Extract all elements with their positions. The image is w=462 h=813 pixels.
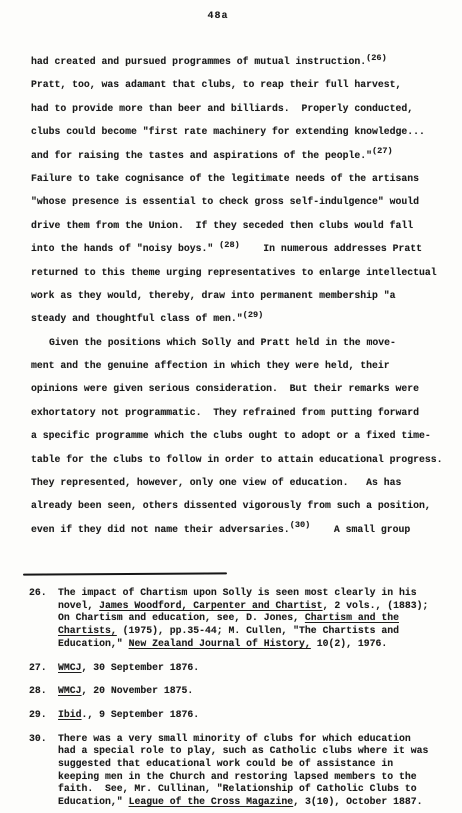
underlined-title: League of the Cross Magazine: [129, 796, 294, 807]
footnote-marker: (27): [372, 146, 393, 156]
text-segment: ., 9 September 1876.: [82, 709, 200, 720]
footnote-line: Ibid., 9 September 1876.: [58, 709, 455, 722]
footnote-line: Chartists, (1975), pp.35-44; M. Cullen, …: [58, 625, 455, 638]
footnote-number: 28.: [29, 685, 58, 698]
footnote-marker: (29): [243, 310, 264, 320]
footnotes: 26.The impact of Chartism upon Solly is …: [29, 587, 455, 813]
footnote: 30.There was a very small minority of cl…: [29, 733, 455, 809]
body-line: table for the clubs to follow in order t…: [31, 448, 451, 471]
text-segment: , 30 September 1876.: [82, 662, 200, 673]
text-segment: into the hands of "noisy boys.": [31, 243, 219, 254]
text-segment: opinions were given serious consideratio…: [31, 383, 419, 394]
underlined-title: WMCJ: [58, 685, 82, 696]
text-segment: , 2 vols., (1883);: [323, 600, 429, 611]
body-line: steady and thoughtful class of men."(29): [31, 307, 451, 330]
text-segment: and for raising the tastes and aspiratio…: [31, 150, 372, 161]
footnote-text: Ibid., 9 September 1876.: [58, 709, 455, 722]
text-segment: ment and the genuine affection in which …: [31, 360, 390, 371]
page-number: 48a: [0, 11, 436, 22]
body-line: even if they did not name their adversar…: [31, 518, 451, 541]
body-line: returned to this theme urging representa…: [31, 261, 451, 284]
footnote-line: On Chartism and education, see, D. Jones…: [58, 612, 455, 625]
footnote-number: 29.: [29, 709, 58, 722]
underlined-title: James Woodford, Carpenter and Chartist: [99, 600, 322, 611]
footnote: 28.WMCJ, 20 November 1875.: [29, 685, 455, 698]
text-segment: novel,: [58, 600, 99, 611]
text-segment: Given the positions which Solly and Prat…: [49, 337, 396, 348]
footnote-number: 30.: [29, 733, 58, 809]
underlined-title: WMCJ: [58, 662, 82, 673]
footnote-text: WMCJ, 20 November 1875.: [58, 685, 455, 698]
footnote-marker: (30): [290, 520, 311, 530]
footnote-line: Education," League of the Cross Magazine…: [58, 796, 455, 809]
text-segment: keeping men in the Church and restoring …: [58, 771, 417, 782]
body-line: Pratt, too, was adamant that clubs, to r…: [31, 73, 451, 96]
text-segment: clubs could become "first rate machinery…: [31, 126, 425, 137]
footnote-marker: (26): [366, 53, 387, 63]
text-segment: Education,": [58, 638, 129, 649]
text-segment: exhortatory not programmatic. They refra…: [31, 407, 419, 418]
footnote-line: WMCJ, 20 November 1875.: [58, 685, 455, 698]
footnote-line: Education," New Zealand Journal of Histo…: [58, 638, 455, 651]
text-segment: On Chartism and education, see, D. Jones…: [58, 612, 305, 623]
footnote-text: There was a very small minority of clubs…: [58, 733, 455, 809]
footnote-line: The impact of Chartism upon Solly is see…: [58, 587, 455, 600]
body-line: had to provide more than beer and billia…: [31, 97, 451, 120]
body-line: "whose presence is essential to check gr…: [31, 190, 451, 213]
text-segment: even if they did not name their adversar…: [31, 524, 290, 535]
text-segment: Education,": [58, 796, 129, 807]
text-segment: There was a very small minority of clubs…: [58, 733, 411, 744]
footnote-line: WMCJ, 30 September 1876.: [58, 662, 455, 675]
footnote-number: 27.: [29, 662, 58, 675]
text-segment: 10(2), 1976.: [311, 638, 387, 649]
text-segment: In numerous addresses Pratt: [240, 243, 422, 254]
text-segment: returned to this theme urging representa…: [31, 267, 437, 278]
footnote-line: There was a very small minority of clubs…: [58, 733, 455, 746]
underlined-title: Chartists,: [58, 625, 117, 636]
text-segment: a specific programme which the clubs oug…: [31, 430, 431, 441]
body-line: and for raising the tastes and aspiratio…: [31, 144, 451, 167]
text-segment: , 20 November 1875.: [82, 685, 194, 696]
text-segment: (1975), pp.35-44; M. Cullen, "The Charti…: [117, 625, 399, 636]
text-segment: had to provide more than beer and billia…: [31, 103, 413, 114]
text-segment: Pratt, too, was adamant that clubs, to r…: [31, 79, 401, 90]
underlined-title: Chartism and the: [305, 612, 399, 623]
text-segment: had a special role to play, such as Cath…: [58, 745, 428, 756]
footnote: 26.The impact of Chartism upon Solly is …: [29, 587, 455, 651]
body-line: They represented, however, only one view…: [31, 471, 451, 494]
footnote-line: novel, James Woodford, Carpenter and Cha…: [58, 600, 455, 613]
body-line: ment and the genuine affection in which …: [31, 354, 451, 377]
body-text: had created and pursued programmes of mu…: [31, 50, 451, 541]
text-segment: Failure to take cognisance of the legiti…: [31, 173, 419, 184]
footnote-line: had a special role to play, such as Cath…: [58, 745, 455, 758]
footnote-line: faith. See, Mr. Cullinan, "Relationship …: [58, 783, 455, 796]
body-line: into the hands of "noisy boys." (28) In …: [31, 237, 451, 260]
footnote-number: 26.: [29, 587, 58, 651]
footnote-text: The impact of Chartism upon Solly is see…: [58, 587, 455, 651]
text-segment: had created and pursued programmes of mu…: [31, 56, 366, 67]
footnote: 29.Ibid., 9 September 1876.: [29, 709, 455, 722]
text-segment: work as they would, thereby, draw into p…: [31, 290, 396, 301]
body-line: work as they would, thereby, draw into p…: [31, 284, 451, 307]
footnote-text: WMCJ, 30 September 1876.: [58, 662, 455, 675]
body-line: had created and pursued programmes of mu…: [31, 50, 451, 73]
body-line: Given the positions which Solly and Prat…: [31, 331, 451, 354]
footnote-line: suggested that educational work could be…: [58, 758, 455, 771]
text-segment: They represented, however, only one view…: [31, 477, 401, 488]
text-segment: "whose presence is essential to check gr…: [31, 196, 419, 207]
body-line: a specific programme which the clubs oug…: [31, 424, 451, 447]
footnote-marker: (28): [219, 240, 240, 250]
text-segment: already been seen, others dissented vigo…: [31, 500, 431, 511]
text-segment: table for the clubs to follow in order t…: [31, 454, 443, 465]
text-segment: A small group: [310, 524, 410, 535]
body-line: exhortatory not programmatic. They refra…: [31, 401, 451, 424]
text-segment: drive them from the Union. If they seced…: [31, 220, 413, 231]
underlined-title: Ibid: [58, 709, 82, 720]
body-line: opinions were given serious consideratio…: [31, 377, 451, 400]
text-segment: , 3(10), October 1887.: [293, 796, 422, 807]
footnote-line: keeping men in the Church and restoring …: [58, 771, 455, 784]
body-line: drive them from the Union. If they seced…: [31, 214, 451, 237]
text-segment: faith. See, Mr. Cullinan, "Relationship …: [58, 783, 417, 794]
footnote: 27.WMCJ, 30 September 1876.: [29, 662, 455, 675]
body-line: already been seen, others dissented vigo…: [31, 494, 451, 517]
text-segment: steady and thoughtful class of men.": [31, 313, 243, 324]
text-segment: suggested that educational work could be…: [58, 758, 393, 769]
body-line: clubs could become "first rate machinery…: [31, 120, 451, 143]
body-line: Failure to take cognisance of the legiti…: [31, 167, 451, 190]
underlined-title: New Zealand Journal of History,: [129, 638, 311, 649]
text-segment: The impact of Chartism upon Solly is see…: [58, 587, 417, 598]
footnote-separator: [23, 572, 227, 575]
document-page: 48a had created and pursued programmes o…: [0, 0, 462, 813]
